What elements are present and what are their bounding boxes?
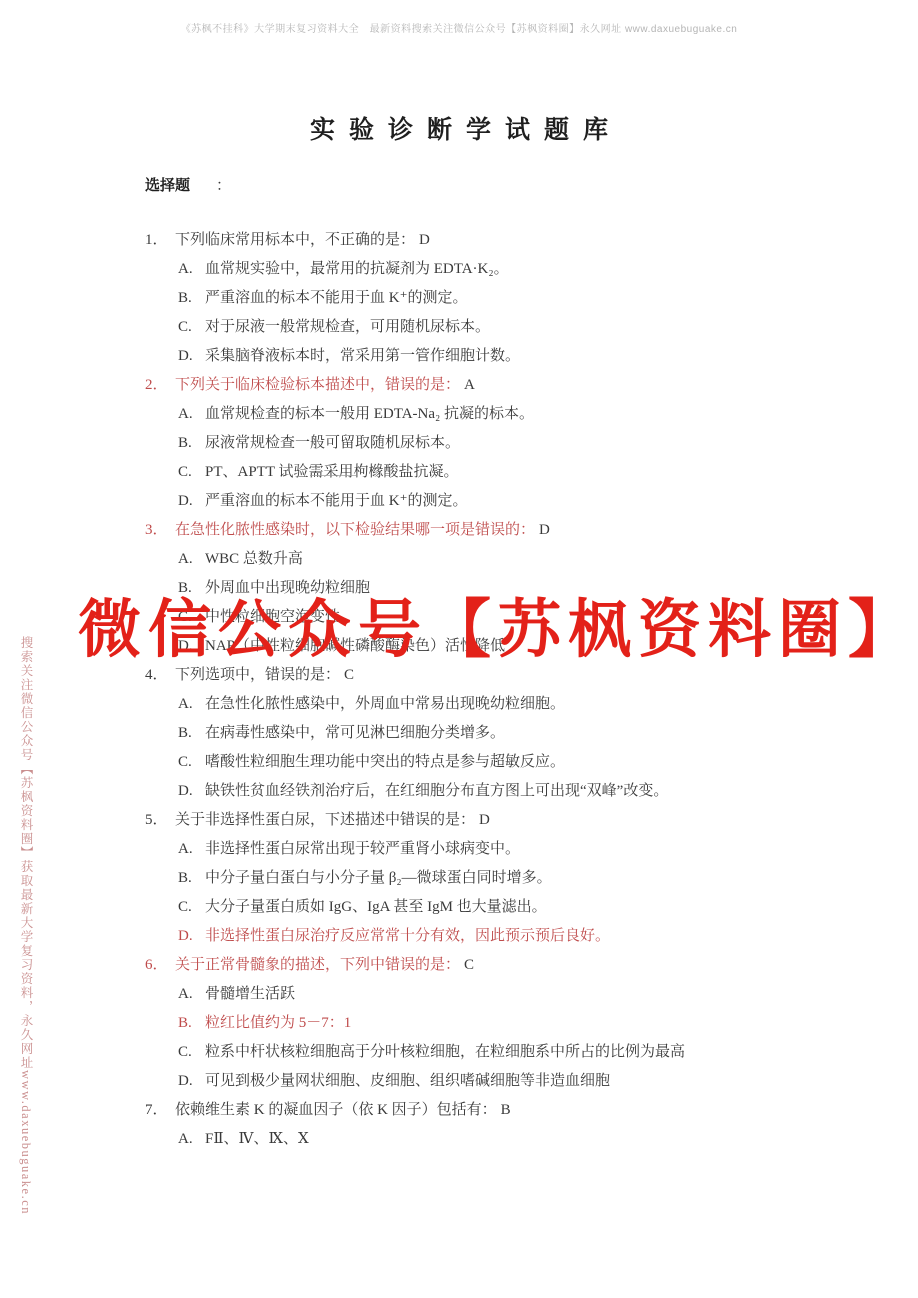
- option-text: 对于尿液一般常规检查，可用随机尿标本。: [205, 319, 490, 335]
- option-label: B.: [178, 1009, 205, 1038]
- option-item: C.对于尿液一般常规检查，可用随机尿标本。: [145, 313, 875, 342]
- option-text: 可见到极少量网状细胞、皮细胞、组织嗜碱细胞等非造血细胞: [205, 1073, 610, 1089]
- question-1: 1．下列临床常用标本中，不正确的是：D: [145, 226, 875, 255]
- page-title: 实验诊断学试题库: [0, 110, 918, 146]
- option-item: D.严重溶血的标本不能用于血 K⁺的测定。: [145, 487, 875, 516]
- section-colon: ：: [216, 178, 231, 194]
- option-label: C.: [178, 1038, 205, 1067]
- option-item: A.FⅡ、Ⅳ、Ⅸ、Ⅹ: [145, 1125, 875, 1154]
- option-text: 中分子量白蛋白与小分子量 β₂—微球蛋白同时增多。: [205, 870, 552, 886]
- option-item: C.粒系中杆状核粒细胞高于分叶核粒细胞，在粒细胞系中所占的比例为最高: [145, 1038, 875, 1067]
- option-item: B.中分子量白蛋白与小分子量 β₂—微球蛋白同时增多。: [145, 864, 875, 893]
- option-text: WBC 总数升高: [205, 551, 303, 567]
- option-text: 严重溶血的标本不能用于血 K⁺的测定。: [205, 290, 468, 306]
- option-label: A.: [178, 400, 205, 429]
- question-answer: B: [501, 1102, 511, 1118]
- option-label: D.: [178, 487, 205, 516]
- option-item: C.PT、APTT 试验需采用枸橼酸盐抗凝。: [145, 458, 875, 487]
- section-label: 选择题: [145, 178, 190, 194]
- option-item: D.缺铁性贫血经铁剂治疗后，在红细胞分布直方图上可出现“双峰”改变。: [145, 777, 875, 806]
- option-label: D.: [178, 1067, 205, 1096]
- option-label: A.: [178, 1125, 205, 1154]
- option-item: D.采集脑脊液标本时，常采用第一管作细胞计数。: [145, 342, 875, 371]
- question-3: 3．在急性化脓性感染时，以下检验结果哪一项是错误的：D: [145, 516, 875, 545]
- question-7: 7．依赖维生素 K 的凝血因子（依 K 因子）包括有：B: [145, 1096, 875, 1125]
- option-text: PT、APTT 试验需采用枸橼酸盐抗凝。: [205, 464, 459, 480]
- option-text: 采集脑脊液标本时，常采用第一管作细胞计数。: [205, 348, 520, 364]
- option-text: 大分子量蛋白质如 IgG、IgA 甚至 IgM 也大量滤出。: [205, 899, 547, 915]
- option-item: B.在病毒性感染中，常可见淋巴细胞分类增多。: [145, 719, 875, 748]
- option-item: D.非选择性蛋白尿治疗反应常常十分有效，因此预示预后良好。: [145, 922, 875, 951]
- question-number: 5．: [145, 806, 175, 835]
- option-item: C.大分子量蛋白质如 IgG、IgA 甚至 IgM 也大量滤出。: [145, 893, 875, 922]
- option-item: B.尿液常规检查一般可留取随机尿标本。: [145, 429, 875, 458]
- option-text: 缺铁性贫血经铁剂治疗后，在红细胞分布直方图上可出现“双峰”改变。: [205, 783, 668, 799]
- question-stem: 下列关于临床检验标本描述中，错误的是：: [175, 377, 460, 393]
- option-text: 粒系中杆状核粒细胞高于分叶核粒细胞，在粒细胞系中所占的比例为最高: [205, 1044, 685, 1060]
- question-number: 3．: [145, 516, 175, 545]
- question-number: 7．: [145, 1096, 175, 1125]
- option-text: 血常规检查的标本一般用 EDTA-Na₂ 抗凝的标本。: [205, 406, 534, 422]
- question-2: 2．下列关于临床检验标本描述中，错误的是：A: [145, 371, 875, 400]
- option-text: 嗜酸性粒细胞生理功能中突出的特点是参与超敏反应。: [205, 754, 565, 770]
- question-answer: A: [464, 377, 475, 393]
- question-stem: 关于正常骨髓象的描述，下列中错误的是：: [175, 957, 460, 973]
- option-text: 血常规实验中，最常用的抗凝剂为 EDTA·K₂。: [205, 261, 509, 277]
- option-label: A.: [178, 835, 205, 864]
- page: { "header": { "note": "《苏枫不挂科》大学期末复习资料大全…: [0, 0, 918, 1298]
- option-text: FⅡ、Ⅳ、Ⅸ、Ⅹ: [205, 1131, 309, 1147]
- question-6: 6．关于正常骨髓象的描述，下列中错误的是：C: [145, 951, 875, 980]
- option-label: C.: [178, 458, 205, 487]
- question-stem: 在急性化脓性感染时，以下检验结果哪一项是错误的：: [175, 522, 535, 538]
- option-text: 在急性化脓性感染中，外周血中常易出现晚幼粒细胞。: [205, 696, 565, 712]
- header-note: 《苏枫不挂科》大学期末复习资料大全 最新资料搜索关注微信公众号【苏枫资料圈】永久…: [0, 20, 918, 35]
- option-label: C.: [178, 893, 205, 922]
- option-label: B.: [178, 429, 205, 458]
- option-item: D.可见到极少量网状细胞、皮细胞、组织嗜碱细胞等非造血细胞: [145, 1067, 875, 1096]
- option-label: B.: [178, 719, 205, 748]
- option-text: 严重溶血的标本不能用于血 K⁺的测定。: [205, 493, 468, 509]
- option-label: A.: [178, 545, 205, 574]
- option-label: B.: [178, 864, 205, 893]
- option-item: A.血常规检查的标本一般用 EDTA-Na₂ 抗凝的标本。: [145, 400, 875, 429]
- option-label: C.: [178, 313, 205, 342]
- section-heading: 选择题：: [145, 172, 875, 201]
- option-item: B.严重溶血的标本不能用于血 K⁺的测定。: [145, 284, 875, 313]
- option-item: A.在急性化脓性感染中，外周血中常易出现晚幼粒细胞。: [145, 690, 875, 719]
- option-item: A.WBC 总数升高: [145, 545, 875, 574]
- option-item: A.非选择性蛋白尿常出现于较严重肾小球病变中。: [145, 835, 875, 864]
- option-text: 非选择性蛋白尿治疗反应常常十分有效，因此预示预后良好。: [205, 928, 610, 944]
- question-stem: 下列临床常用标本中，不正确的是：: [175, 232, 415, 248]
- option-text: 骨髓增生活跃: [205, 986, 295, 1002]
- option-item: C.嗜酸性粒细胞生理功能中突出的特点是参与超敏反应。: [145, 748, 875, 777]
- watermark-text: 微信公众号【苏枫资料圈】: [78, 594, 918, 666]
- option-text: 粒红比值约为 5－7：1: [205, 1015, 351, 1031]
- question-5: 5．关于非选择性蛋白尿，下述描述中错误的是：D: [145, 806, 875, 835]
- question-stem: 依赖维生素 K 的凝血因子（依 K 因子）包括有：: [175, 1102, 497, 1118]
- question-number: 1．: [145, 226, 175, 255]
- option-item: A.骨髓增生活跃: [145, 980, 875, 1009]
- option-label: A.: [178, 980, 205, 1009]
- option-label: D.: [178, 342, 205, 371]
- question-number: 2．: [145, 371, 175, 400]
- question-list: 1．下列临床常用标本中，不正确的是：D A.血常规实验中，最常用的抗凝剂为 ED…: [145, 226, 875, 1154]
- option-label: A.: [178, 255, 205, 284]
- question-stem: 下列选项中，错误的是：: [175, 667, 340, 683]
- option-item: B.粒红比值约为 5－7：1: [145, 1009, 875, 1038]
- option-text: 在病毒性感染中，常可见淋巴细胞分类增多。: [205, 725, 505, 741]
- question-stem: 关于非选择性蛋白尿，下述描述中错误的是：: [175, 812, 475, 828]
- question-number: 6．: [145, 951, 175, 980]
- option-label: A.: [178, 690, 205, 719]
- option-text: 尿液常规检查一般可留取随机尿标本。: [205, 435, 460, 451]
- question-answer: C: [344, 667, 354, 683]
- option-text: 非选择性蛋白尿常出现于较严重肾小球病变中。: [205, 841, 520, 857]
- question-answer: D: [419, 232, 430, 248]
- option-label: C.: [178, 748, 205, 777]
- side-vertical-note: 搜索关注微信公众号【苏枫资料圈】获取最新大学复习资料，永久网址www.daxue…: [17, 636, 35, 1215]
- option-item: A.血常规实验中，最常用的抗凝剂为 EDTA·K₂。: [145, 255, 875, 284]
- question-answer: C: [464, 957, 474, 973]
- option-label: D.: [178, 922, 205, 951]
- option-label: B.: [178, 284, 205, 313]
- question-answer: D: [479, 812, 490, 828]
- question-answer: D: [539, 522, 550, 538]
- option-label: D.: [178, 777, 205, 806]
